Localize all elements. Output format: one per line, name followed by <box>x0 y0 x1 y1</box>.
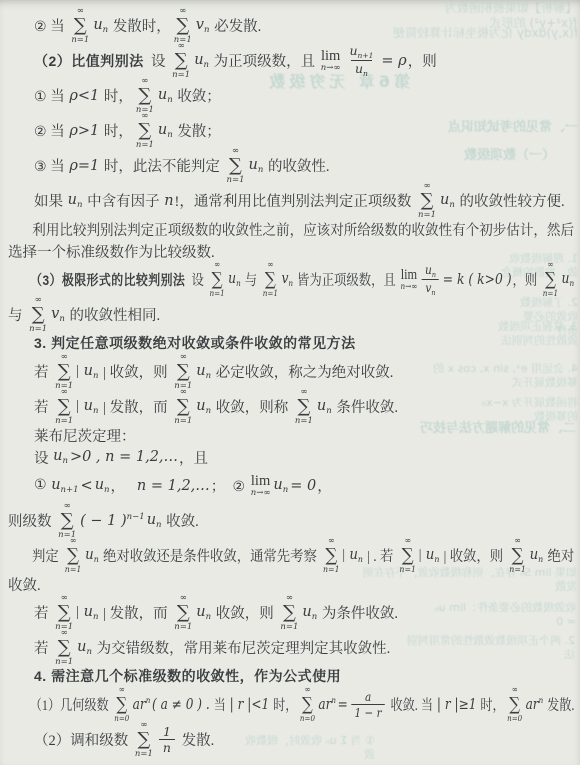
math-run: vn <box>51 306 65 324</box>
math-run: un <box>95 477 110 495</box>
text-run: 设 <box>144 50 169 71</box>
text-line-14: 莱布尼茨定理： <box>8 424 574 446</box>
text-line-11: 3. 判定任意项级数绝对收敛或条件收敛的常见方法 <box>8 332 574 354</box>
math-run: un+1 <box>349 43 373 60</box>
text-run: ； ② <box>211 475 249 496</box>
math-run: un <box>530 547 544 565</box>
text-run: | <box>342 547 348 564</box>
text-line-15: 设 un>0 , n = 1,2,…，且 <box>8 446 574 468</box>
math-run: = 0 <box>290 478 316 494</box>
math-run: ( a ≠ 0 ) . <box>152 697 210 713</box>
math-run: | r |≥1 <box>437 697 477 713</box>
text-run: 时， <box>270 694 297 715</box>
math-run: vn <box>281 271 293 289</box>
text-run: 收敛. <box>8 574 41 595</box>
math-run: un <box>84 604 99 622</box>
text-run: ① 当 <box>34 85 68 106</box>
text-line-17: 则级数 ∞∑n=1( − 1 )n−1un 收敛. <box>8 503 574 538</box>
text-run: 发散时， <box>109 15 171 36</box>
math-run: un <box>77 639 92 657</box>
math-run: un <box>302 604 317 622</box>
text-run: 绝对 <box>544 545 574 566</box>
text-line-12: 若 ∞∑n=1| un | 收敛，则 ∞∑n=1un 必定收敛，称之为绝对收敛. <box>8 354 574 389</box>
limit-symbol: limn→∞ <box>251 474 271 497</box>
math-run: < <box>81 478 93 494</box>
text-run: （2）调和级数 <box>34 729 132 750</box>
text-run: 时， <box>100 85 133 106</box>
math-run: n <box>163 740 171 755</box>
math-run: un <box>53 448 68 466</box>
text-run: 判定 <box>32 545 62 566</box>
math-run: = <box>338 697 348 713</box>
sum-symbol: ∞∑n=1 <box>55 388 73 425</box>
text-line-2: （2）比值判别法 设 ∞∑n=1un 为正项级数，且 limn→∞un+1un=… <box>8 43 574 78</box>
text-run: 与 <box>242 269 261 290</box>
math-run: un <box>158 122 173 140</box>
sum-symbol: ∞∑n=1 <box>135 721 153 758</box>
sum-symbol: ∞∑n=1 <box>71 7 89 44</box>
text-run: | <box>76 604 83 621</box>
text-run: 为正项级数，且 <box>210 50 319 71</box>
text-run: ② 当 <box>34 15 68 36</box>
text-run: 若 <box>34 602 52 623</box>
text-run: ，且 <box>179 447 208 468</box>
fraction: unvn <box>422 262 440 297</box>
text-run: 中含有因子 <box>83 190 163 211</box>
text-line-19: 收敛. <box>8 573 574 595</box>
text-run: 为交错级数，常用莱布尼茨定理判定其收敛性. <box>93 637 390 658</box>
math-run: vn <box>425 280 435 297</box>
sum-symbol: ∞∑n=1 <box>509 537 526 574</box>
math-run: un <box>194 52 209 70</box>
math-run: arn <box>526 696 544 713</box>
text-line-23: （1）几何级数 ∞∑n=0arn( a ≠ 0 ) . 当 | r |<1 时，… <box>8 687 482 722</box>
sum-symbol: ∞∑n=1 <box>58 502 76 539</box>
math-run: un <box>273 477 288 495</box>
math-run: arn <box>318 696 336 713</box>
text-run: 与 <box>8 304 26 325</box>
sum-symbol: ∞∑n=1 <box>65 537 82 574</box>
text-run: 必发散. <box>210 15 261 36</box>
text-run: 若 <box>34 396 52 417</box>
sum-symbol: ∞∑n=1 <box>136 112 154 149</box>
math-run: un <box>196 398 211 416</box>
math-run: ( − 1 )n−1 <box>80 512 145 529</box>
math-run: un <box>147 512 162 530</box>
sum-symbol: ∞∑n=0 <box>507 686 522 723</box>
text-run: 的收敛性相同. <box>66 304 160 325</box>
text-run: ③ 当 <box>34 155 68 176</box>
scanned-textbook-page: 【解析】如果被积函数为 f(x²+y²) 的形式 f(x,y)dxdy 化为极坐… <box>0 0 580 765</box>
sum-symbol: ∞∑n=1 <box>263 261 278 298</box>
text-run: 时，此法不能判定 <box>100 155 223 176</box>
text-run: ，则 <box>408 50 437 71</box>
math-run: un <box>355 61 368 78</box>
text-run: 收敛； <box>174 85 221 106</box>
text-run: 莱布尼茨定理： <box>34 425 136 446</box>
math-run: un <box>196 363 211 381</box>
math-run: un <box>228 271 241 289</box>
sum-symbol: ∞∑n=1 <box>55 629 73 666</box>
math-run: un <box>317 398 332 416</box>
text-run: ，则 <box>512 269 540 290</box>
text-run: 若 <box>34 637 52 658</box>
text-run: | <box>76 363 83 380</box>
text-line-9: （3）极限形式的比较判别法 设 ∞∑n=1un 与 ∞∑n=1vn 皆为正项级数… <box>8 262 490 297</box>
math-run: un+1 <box>51 477 78 495</box>
text-run: 设 <box>185 269 207 290</box>
sum-symbol: ∞∑n=1 <box>174 7 192 44</box>
sum-symbol: ∞∑n=1 <box>174 353 192 390</box>
text-run: 设 <box>34 447 52 468</box>
math-run: ρ=1 <box>69 158 99 174</box>
sum-symbol: ∞∑n=1 <box>55 353 73 390</box>
text-line-6: 如果 un 中含有因子 n!，通常利用比值判别法判定正项级数 ∞∑n=1un 的… <box>8 183 574 218</box>
text-run: 的收敛性较方便. <box>456 190 565 211</box>
math-run: vn <box>196 17 210 35</box>
math-run: un <box>426 547 440 565</box>
sum-symbol: ∞∑n=1 <box>29 296 47 333</box>
sum-symbol: ∞∑n=0 <box>114 686 129 723</box>
text-run: 发散； <box>174 120 221 141</box>
math-run: un <box>425 262 436 279</box>
text-run: | <box>419 547 425 564</box>
text-line-24: （2）调和级数 ∞∑n=11n 发散. <box>8 722 574 757</box>
sum-symbol: ∞∑n=1 <box>280 594 298 631</box>
text-line-3: ① 当 ρ<1 时，∞∑n=1un 收敛； <box>8 78 574 113</box>
text-run: 4. 需注意几个标准级数的收敛性，作为公式使用 <box>34 666 341 686</box>
text-run: 则级数 <box>8 510 55 531</box>
sum-symbol: ∞∑n=1 <box>136 77 154 114</box>
math-run: = ρ <box>381 53 406 69</box>
text-run: 的收敛性. <box>264 155 329 176</box>
limit-symbol: limn→∞ <box>401 268 418 291</box>
text-run: 3. 判定任意项级数绝对收敛或条件收敛的常见方法 <box>34 333 356 353</box>
math-run: >0 , n = 1,2,… <box>70 449 178 465</box>
math-run: ρ<1 <box>69 88 99 104</box>
text-run: 若 <box>34 361 52 382</box>
text-run: ① <box>34 477 50 494</box>
text-run: | 发散，而 <box>100 396 172 417</box>
math-run: ρ>1 <box>69 123 99 139</box>
math-run: un <box>196 604 211 622</box>
math-run: 1 <box>163 724 171 739</box>
sum-symbol: ∞∑n=1 <box>174 388 192 425</box>
text-run: 皆为正项级数，且 <box>294 269 399 290</box>
text-run: !，通常利用比值判别法判定正项级数 <box>175 190 415 211</box>
math-run: 1 − r <box>355 705 382 720</box>
text-line-13: 若 ∞∑n=1| un | 发散，而 ∞∑n=1un 收敛，则称 ∞∑n=1un… <box>8 389 574 424</box>
text-run: | 发散，而 <box>100 602 172 623</box>
text-run: | . 若 <box>364 545 397 566</box>
text-run: 如果 <box>34 190 67 211</box>
math-run: un <box>68 192 83 210</box>
text-run: | <box>76 398 83 415</box>
sum-symbol: ∞∑n=1 <box>226 147 244 184</box>
sum-symbol: ∞∑n=1 <box>418 182 436 219</box>
math-run: n <box>164 193 173 209</box>
limit-symbol: limn→∞ <box>321 49 341 72</box>
text-run: ， <box>317 475 332 496</box>
sum-symbol: ∞∑n=1 <box>543 261 558 298</box>
sum-symbol: ∞∑n=1 <box>295 388 313 425</box>
text-run: 条件收敛. <box>333 396 398 417</box>
math-run: n = 1,2,… <box>137 478 210 494</box>
text-run: 收敛，则 <box>212 602 277 623</box>
text-run: 选择一个标准级数作为比较级数. <box>8 241 215 262</box>
sum-symbol: ∞∑n=1 <box>209 261 224 298</box>
fraction: 1n <box>159 724 175 755</box>
text-run: 必定收敛，称之为绝对收敛. <box>212 361 393 382</box>
sum-symbol: ∞∑n=1 <box>172 42 190 79</box>
math-run: un <box>440 192 455 210</box>
math-run: un <box>93 17 108 35</box>
text-run: 收敛，则称 <box>212 396 292 417</box>
sum-symbol: ∞∑n=1 <box>399 537 416 574</box>
math-run: un <box>85 547 99 565</box>
text-run: 当 <box>211 694 229 715</box>
text-line-22: 4. 需注意几个标准级数的收敛性，作为公式使用 <box>8 665 574 687</box>
text-run: | 收敛，则 <box>100 361 172 382</box>
text-line-16: ① un+1<un， n = 1,2,…； ② limn→∞un= 0， <box>8 468 574 503</box>
text-run: （1）几何级数 <box>30 694 112 715</box>
text-run: 收敛. 当 <box>387 694 436 715</box>
math-run: un <box>561 271 574 289</box>
sum-symbol: ∞∑n=1 <box>174 594 192 631</box>
text-line-4: ② 当 ρ>1 时，∞∑n=1un 发散； <box>8 113 574 148</box>
text-run: 时， <box>100 120 133 141</box>
text-run: 为条件收敛. <box>318 602 398 623</box>
sum-symbol: ∞∑n=1 <box>55 594 73 631</box>
text-line-8: 选择一个标准级数作为比较级数. <box>8 240 574 262</box>
sum-symbol: ∞∑n=1 <box>323 537 340 574</box>
text-run: 发散. <box>178 729 214 750</box>
math-run: | r |<1 <box>230 697 270 713</box>
text-line-5: ③ 当 ρ=1 时，此法不能判定 ∞∑n=1un 的收敛性. <box>8 148 574 183</box>
page-content: ② 当 ∞∑n=1un 发散时，∞∑n=1vn 必发散.（2）比值判别法 设 ∞… <box>0 0 580 765</box>
math-run: un <box>158 87 173 105</box>
math-run: un <box>84 398 99 416</box>
text-line-21: 若 ∞∑n=1un 为交错级数，常用莱布尼茨定理判定其收敛性. <box>8 630 574 665</box>
math-run: un <box>84 363 99 381</box>
text-run: ② 当 <box>34 120 68 141</box>
text-run: 发散. <box>544 694 574 715</box>
text-run: （3）极限形式的比较判别法 <box>30 270 185 290</box>
text-run: 时， <box>477 694 504 715</box>
fraction: un+1un <box>345 43 377 78</box>
text-line-10: 与 ∞∑n=1vn 的收敛性相同. <box>8 297 574 332</box>
math-run: = k ( k>0 ) <box>443 272 512 288</box>
text-run: 绝对收敛还是条件收敛，通常先考察 <box>100 545 321 566</box>
text-run: 利用比较判别法判定正项级数的收敛性之前，应该对所给级数的收敛性有个初步估计，然后 <box>32 219 574 240</box>
math-run: a <box>365 689 371 704</box>
sum-symbol: ∞∑n=0 <box>300 686 315 723</box>
math-run: un <box>349 547 363 565</box>
text-run: （2）比值判别法 <box>34 51 144 71</box>
text-run: | 收敛，则 <box>440 545 506 566</box>
text-run: ， <box>111 475 136 496</box>
math-run: un <box>248 157 263 175</box>
math-run: arn <box>133 696 151 713</box>
text-line-7: 利用比较判别法判定正项级数的收敛性之前，应该对所给级数的收敛性有个初步估计，然后 <box>8 218 537 240</box>
fraction: a1 − r <box>351 689 385 720</box>
text-line-1: ② 当 ∞∑n=1un 发散时，∞∑n=1vn 必发散. <box>8 8 574 43</box>
text-line-18: 判定 ∞∑n=1un 绝对收敛还是条件收敛，通常先考察 ∞∑n=1| un | … <box>8 538 530 573</box>
text-run: 收敛. <box>163 510 199 531</box>
text-line-20: 若 ∞∑n=1| un | 发散，而 ∞∑n=1un 收敛，则 ∞∑n=1un … <box>8 595 574 630</box>
